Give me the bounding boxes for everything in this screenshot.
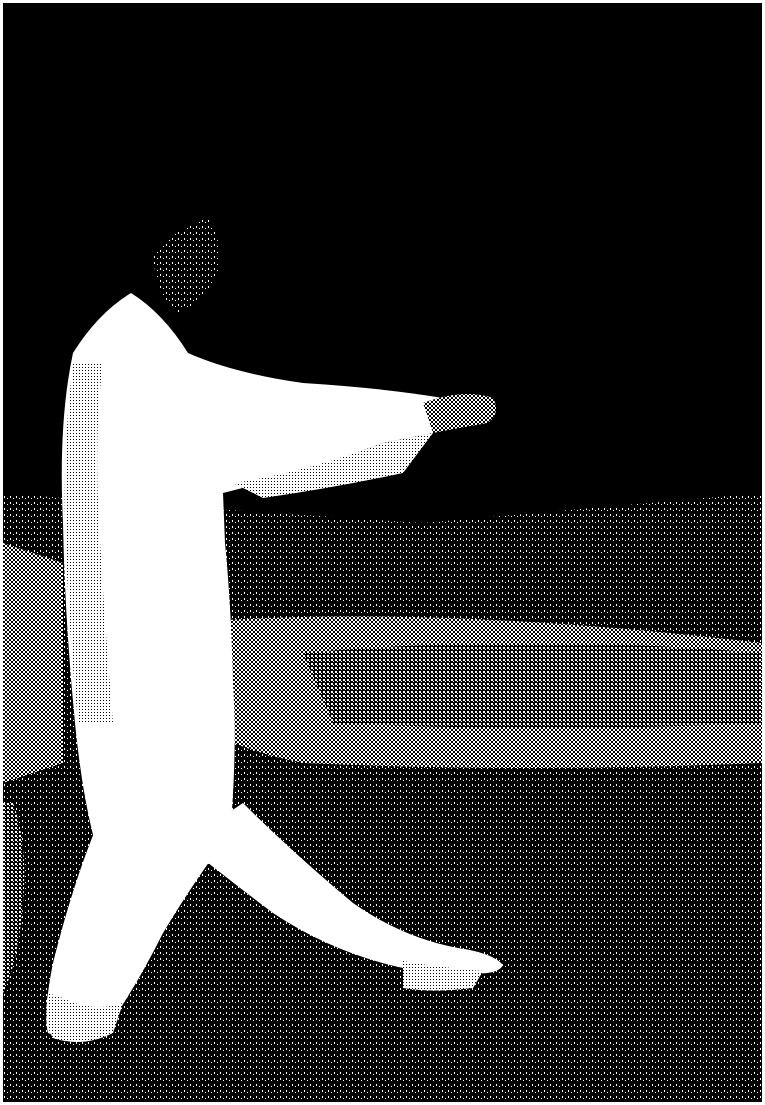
photo-frame: [0, 0, 765, 1105]
head: [153, 218, 219, 313]
photo-illustration: [3, 3, 762, 1102]
halftone-photo: [3, 3, 762, 1102]
